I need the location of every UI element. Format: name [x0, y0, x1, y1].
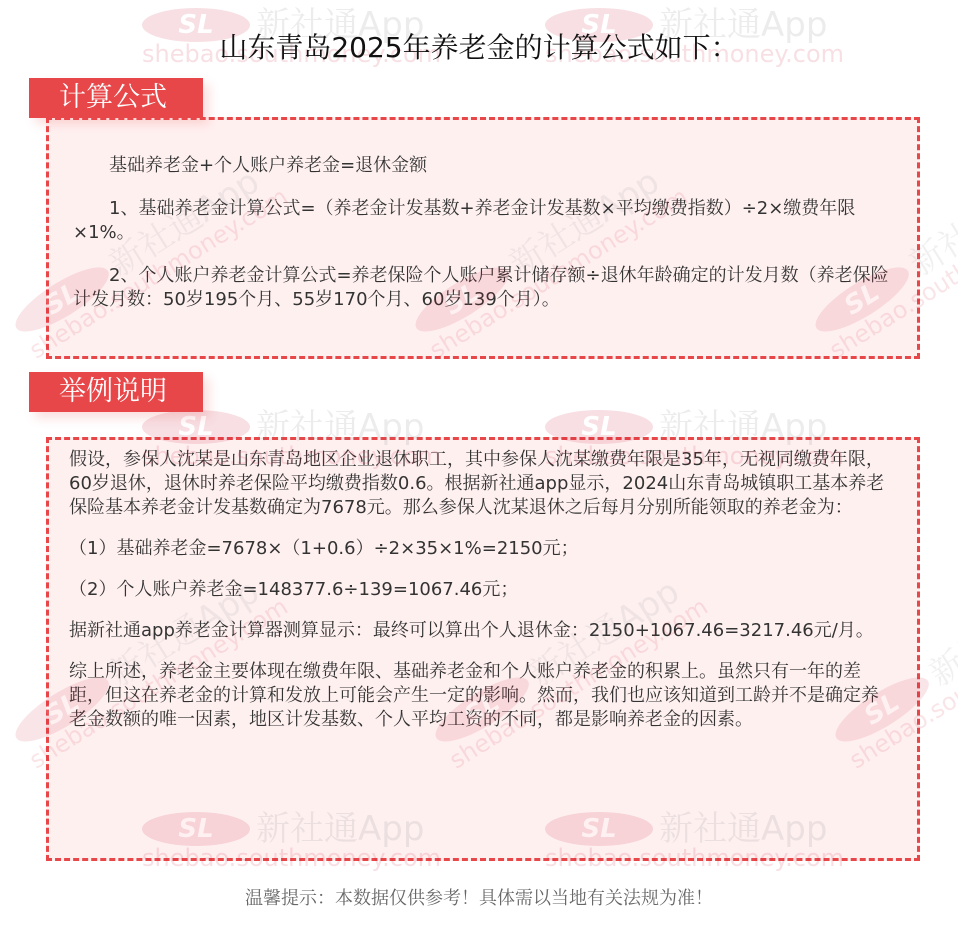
example-content: 假设，参保人沈某是山东青岛地区企业退休职工，其中参保人沈某缴费年限是35年，无视…	[49, 440, 917, 732]
example-basic-pension-calc: （1）基础养老金=7678×（1+0.6）÷2×35×1%=2150元；	[69, 537, 895, 561]
example-personal-account-calc: （2）个人账户养老金=148377.6÷139=1067.46元；	[69, 578, 895, 602]
disclaimer-note: 温馨提示：本数据仅供参考！具体需以当地有关法规为准！	[0, 884, 958, 910]
example-box: 假设，参保人沈某是山东青岛地区企业退休职工，其中参保人沈某缴费年限是35年，无视…	[46, 437, 920, 861]
example-assumption: 假设，参保人沈某是山东青岛地区企业退休职工，其中参保人沈某缴费年限是35年，无视…	[69, 448, 895, 520]
section-tag-example: 举例说明	[29, 372, 203, 412]
example-total-result: 据新社通app养老金计算器测算显示：最终可以算出个人退休金：2150+1067.…	[69, 619, 895, 643]
formula-box: 基础养老金+个人账户养老金=退休金额 1、基础养老金计算公式=（养老金计发基数+…	[46, 117, 920, 359]
formula-summary: 基础养老金+个人账户养老金=退休金额	[73, 154, 891, 178]
section-tag-formula: 计算公式	[29, 78, 203, 118]
formula-personal-account: 2、个人账户养老金计算公式=养老保险个人账户累计储存额÷退休年龄确定的计发月数（…	[73, 264, 891, 312]
formula-basic-pension: 1、基础养老金计算公式=（养老金计发基数+养老金计发基数×平均缴费指数）÷2×缴…	[73, 197, 891, 245]
formula-content: 基础养老金+个人账户养老金=退休金额 1、基础养老金计算公式=（养老金计发基数+…	[49, 120, 917, 312]
page-title: 山东青岛2025年养老金的计算公式如下：	[0, 26, 958, 66]
example-conclusion: 综上所述，养老金主要体现在缴费年限、基础养老金和个人账户养老金的积累上。虽然只有…	[69, 660, 895, 732]
